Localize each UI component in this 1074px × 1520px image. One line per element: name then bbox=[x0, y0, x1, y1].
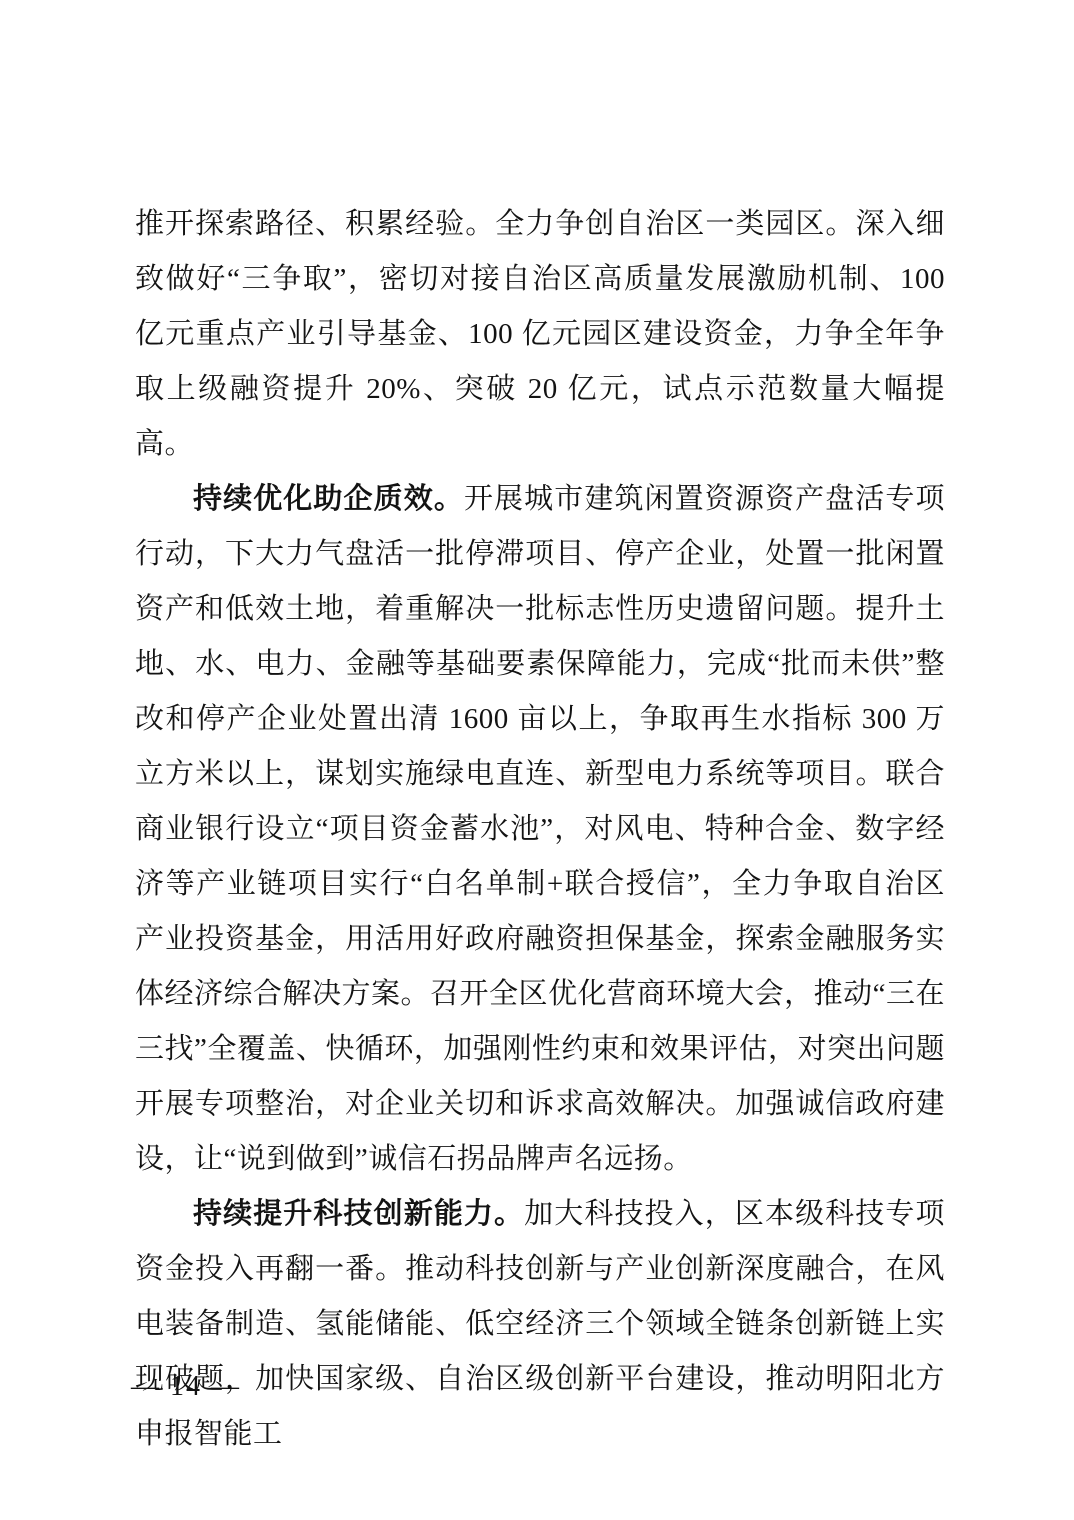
paragraph-tech-innovation: 持续提升科技创新能力。加大科技投入，区本级科技专项资金投入再翻一番。推动科技创新… bbox=[135, 1187, 945, 1462]
paragraph-continuation: 推开探索路径、积累经验。全力争创自治区一类园区。深入细致做好“三争取”，密切对接… bbox=[135, 197, 945, 472]
paragraph-text: 推开探索路径、积累经验。全力争创自治区一类园区。深入细致做好“三争取”，密切对接… bbox=[135, 208, 945, 460]
paragraph-optimize-business: 持续优化助企质效。开展城市建筑闲置资源资产盘活专项行动，下大力气盘活一批停滞项目… bbox=[135, 472, 945, 1187]
document-body: 推开探索路径、积累经验。全力争创自治区一类园区。深入细致做好“三争取”，密切对接… bbox=[135, 197, 945, 1462]
paragraph-lead: 持续提升科技创新能力。 bbox=[193, 1198, 524, 1230]
page-number: — 14 — bbox=[131, 1371, 241, 1403]
paragraph-text: 开展城市建筑闲置资源资产盘活专项行动，下大力气盘活一批停滞项目、停产企业，处置一… bbox=[135, 483, 945, 1175]
paragraph-lead: 持续优化助企质效。 bbox=[193, 483, 464, 515]
paragraph-text: 加大科技投入，区本级科技专项资金投入再翻一番。推动科技创新与产业创新深度融合，在… bbox=[135, 1198, 945, 1450]
